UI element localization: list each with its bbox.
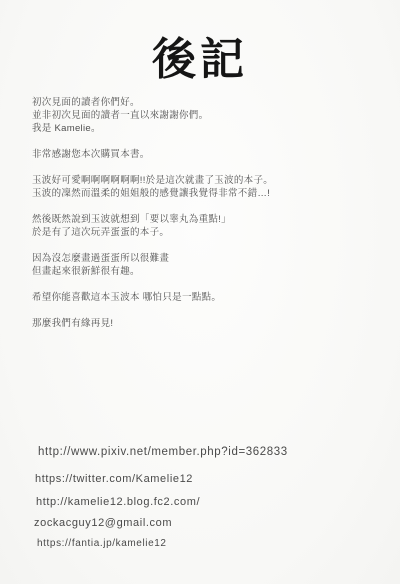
- afterword-line: 我是 Kamelie。: [32, 122, 384, 135]
- blog-url: http://kamelie12.blog.fc2.com/: [36, 496, 288, 509]
- afterword-line: 初次見面的讀者你們好。: [32, 96, 384, 109]
- pixiv-url: http://www.pixiv.net/member.php?id=36283…: [38, 446, 288, 459]
- afterword-line: 那麼我們有緣再見!: [32, 317, 384, 330]
- email-address: zockacguy12@gmail.com: [34, 517, 288, 530]
- afterword-paragraph: 玉波好可愛啊啊啊啊啊啊!!於是這次就畫了玉波的本子。 玉波的凜然而溫柔的姐姐般的…: [32, 174, 384, 200]
- afterword-paragraph: 因為沒怎麼畫過蛋蛋所以很難畫 但畫起來很新鮮很有趣。: [32, 252, 384, 278]
- twitter-url: https://twitter.com/Kamelie12: [35, 473, 288, 486]
- afterword-line: 於是有了這次玩弄蛋蛋的本子。: [32, 226, 384, 239]
- afterword-paragraph: 然後既然說到玉波就想到「要以睾丸為重點!」 於是有了這次玩弄蛋蛋的本子。: [32, 213, 384, 239]
- afterword-paragraph: 那麼我們有緣再見!: [32, 317, 384, 330]
- afterword-line: 因為沒怎麼畫過蛋蛋所以很難畫: [32, 252, 384, 265]
- afterword-page: 後記 初次見面的讀者你們好。 並非初次見面的讀者一直以來謝謝你們。 我是 Kam…: [0, 0, 400, 584]
- afterword-body: 初次見面的讀者你們好。 並非初次見面的讀者一直以來謝謝你們。 我是 Kameli…: [32, 96, 384, 340]
- afterword-line: 但畫起來很新鮮很有趣。: [32, 265, 384, 278]
- afterword-line: 並非初次見面的讀者一直以來謝謝你們。: [32, 109, 384, 122]
- afterword-line: 玉波的凜然而溫柔的姐姐般的感覺讓我覺得非常不錯…!: [32, 187, 384, 200]
- afterword-paragraph: 非常感謝您本次購買本書。: [32, 148, 384, 161]
- afterword-line: 玉波好可愛啊啊啊啊啊啊!!於是這次就畫了玉波的本子。: [32, 174, 384, 187]
- afterword-paragraph: 希望你能喜歡這本玉波本 哪怕只是一點點。: [32, 291, 384, 304]
- afterword-line: 非常感謝您本次購買本書。: [32, 148, 384, 161]
- fantia-url: https://fantia.jp/kamelie12: [37, 538, 288, 550]
- page-title: 後記: [0, 0, 400, 84]
- afterword-line: 然後既然說到玉波就想到「要以睾丸為重點!」: [32, 213, 384, 226]
- afterword-paragraph: 初次見面的讀者你們好。 並非初次見面的讀者一直以來謝謝你們。 我是 Kameli…: [32, 96, 384, 135]
- afterword-line: 希望你能喜歡這本玉波本 哪怕只是一點點。: [32, 291, 384, 304]
- contact-links: http://www.pixiv.net/member.php?id=36283…: [34, 446, 288, 550]
